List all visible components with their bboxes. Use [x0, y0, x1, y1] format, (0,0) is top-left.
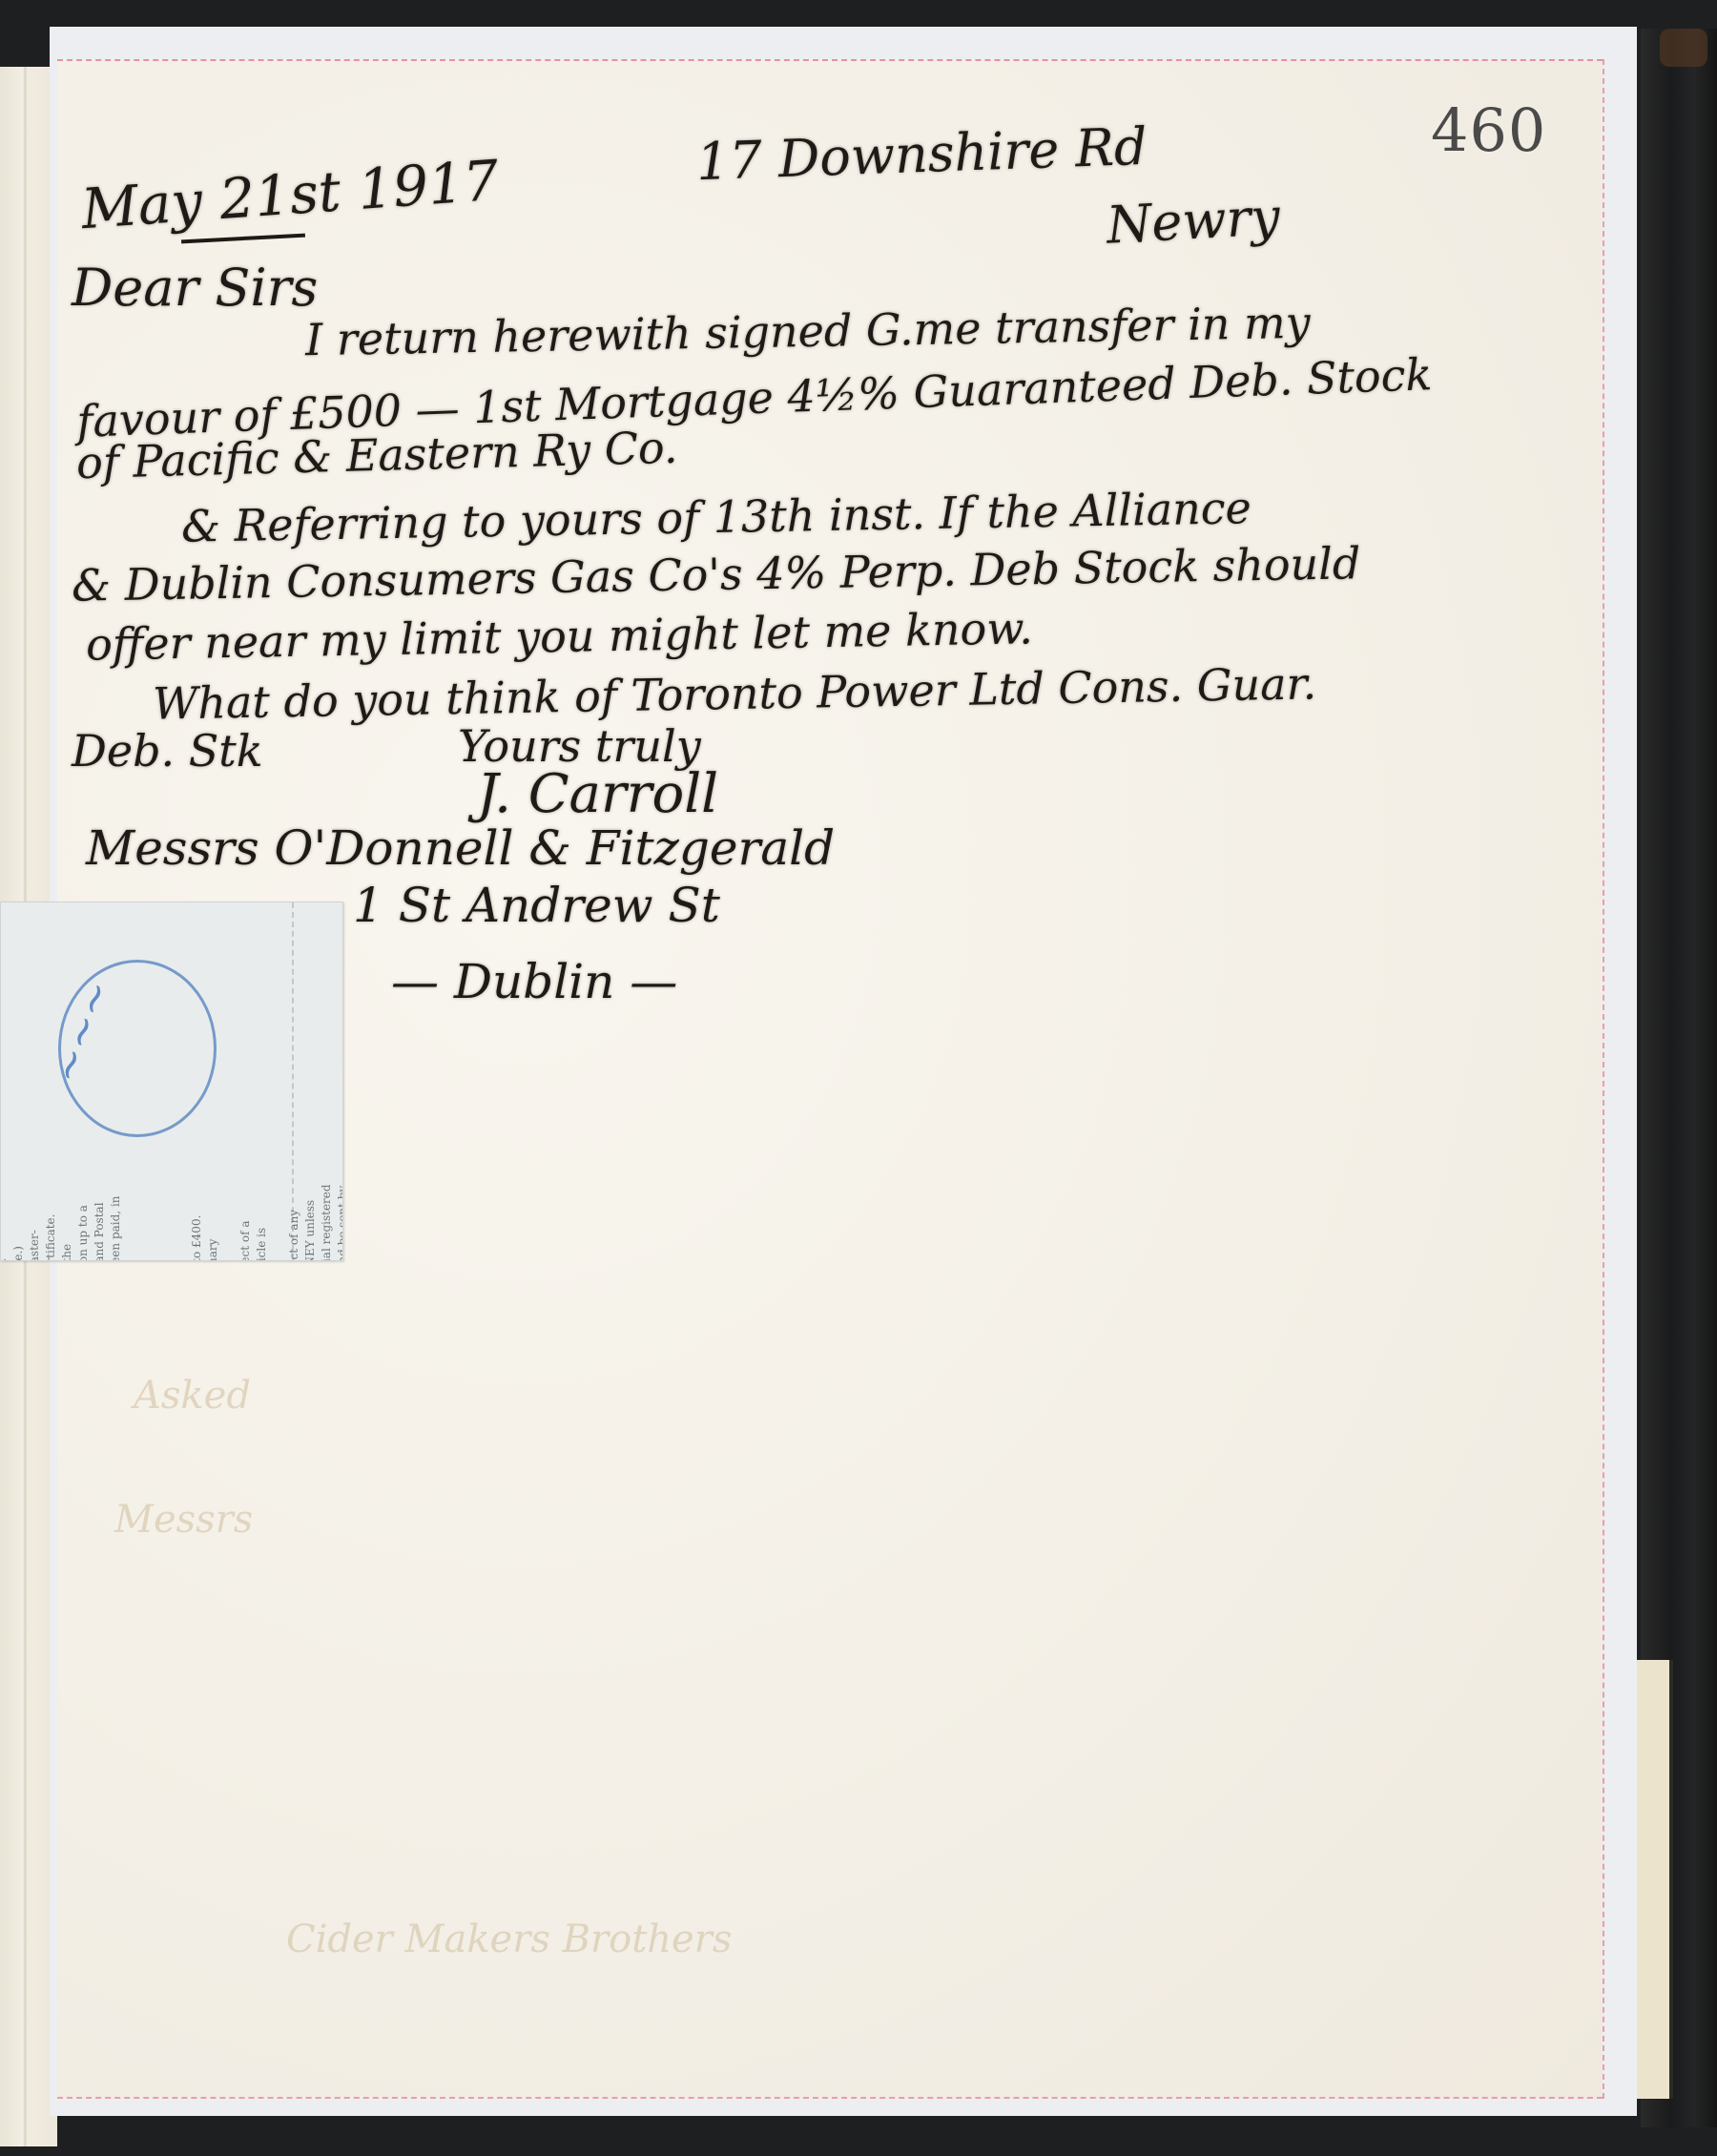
recipient-street: 1 St Andrew St	[353, 878, 720, 933]
red-margin-rule-top	[57, 59, 1603, 63]
receipt-line: letter envelopes sold at any Post Office…	[335, 928, 343, 1261]
receipt-line: These Fees include in each case the ordi…	[205, 928, 221, 1261]
salutation: Dear Sirs	[72, 258, 318, 318]
bleed-through-text: Asked	[134, 1374, 251, 1418]
signature: J. Carroll	[477, 763, 718, 825]
recipient-city: — Dublin —	[391, 954, 677, 1009]
registered-post-receipt: ...of Posting of a Registered Postal Pac…	[0, 902, 343, 1261]
receipt-line: General in respect of the issue of this …	[43, 928, 59, 1261]
folio-number: 460	[1431, 95, 1546, 165]
receipt-line: the money be enclosed in one of the offi…	[319, 928, 335, 1261]
body-line: Deb. Stk	[72, 725, 263, 777]
bleed-through-text: Messrs	[114, 1498, 253, 1542]
receipt-line: III. No compensation will be paid in res…	[238, 928, 254, 1261]
recipient-name: Messrs O'Donnell & Fitzgerald	[86, 820, 835, 876]
bleed-through-text: Cider Makers Brothers	[286, 1918, 732, 1961]
cover-wear-mark	[1660, 29, 1707, 67]
receipt-line: Registered Postal Packet containing MONE…	[302, 928, 319, 1261]
red-margin-rule-bottom	[57, 2097, 1603, 2101]
receipt-line: I. No legal liability attaches to the Po…	[27, 928, 43, 1261]
red-margin-rule-right	[1603, 59, 1606, 2099]
receipt-line: enclosed.	[270, 928, 286, 1261]
receipt-line: IV. No compensation will be paid in resp…	[286, 928, 302, 1261]
receipt-line: registration fee of 2d.	[221, 928, 238, 1261]
receipt-heading: ...of Posting of a Registered Postal Pac…	[0, 928, 10, 1261]
sender-address-town: Newry	[1105, 186, 1281, 255]
receipt-line: Postal Packet in which any prohibited ar…	[254, 928, 270, 1261]
receipt-line: (For full Regulations see Post Office Gu…	[10, 928, 27, 1261]
